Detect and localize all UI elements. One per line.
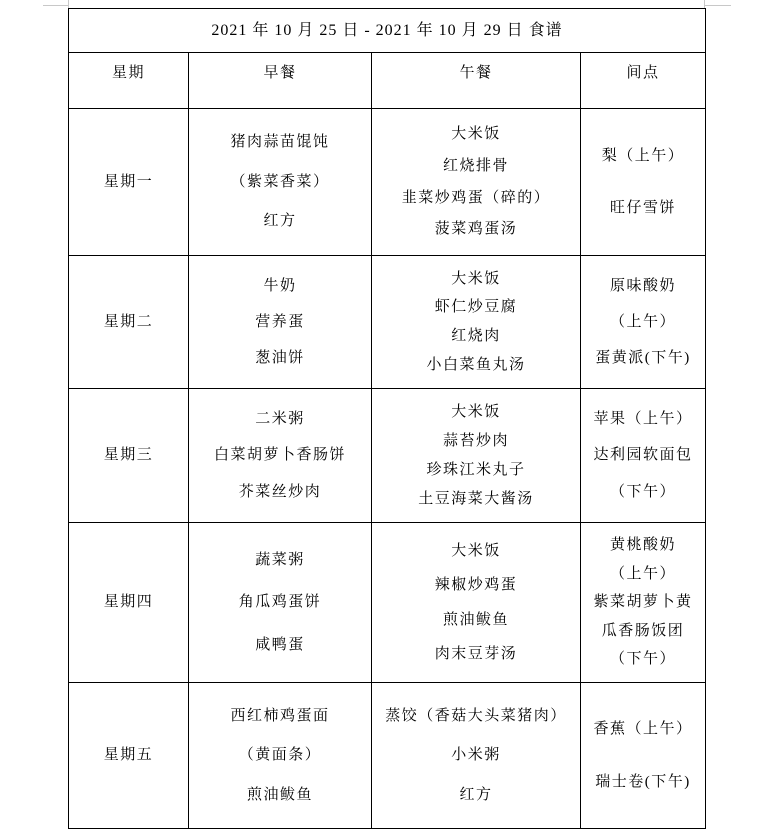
menu-line: 芥菜丝炒肉 <box>239 482 322 502</box>
menu-line: 红方 <box>263 211 296 231</box>
menu-line: 西红柿鸡蛋面 <box>230 706 329 726</box>
menu-line: （紫菜香菜） <box>230 172 329 192</box>
menu-line: 煎油鲅鱼 <box>443 610 509 630</box>
menu-line: 煎油鲅鱼 <box>247 785 313 805</box>
table-row-tuesday: 星期二 牛奶营养蛋葱油饼 大米饭虾仁炒豆腐红烧肉小白菜鱼丸汤 原味酸奶（上午）蛋… <box>69 256 705 389</box>
menu-line: 大米饭 <box>451 541 501 561</box>
meal-schedule-table: 2021 年 10 月 25 日 - 2021 年 10 月 29 日 食谱 星… <box>68 8 706 829</box>
menu-line: 黄桃酸奶 <box>610 535 676 555</box>
menu-line: 红烧肉 <box>451 326 501 346</box>
breakfast-cell: 蔬菜粥角瓜鸡蛋饼咸鸭蛋 <box>189 523 372 682</box>
menu-line: （下午） <box>610 482 676 502</box>
document-page: 2021 年 10 月 25 日 - 2021 年 10 月 29 日 食谱 星… <box>0 0 770 837</box>
menu-line: 蒜苔炒肉 <box>443 431 509 451</box>
menu-line: 蒸饺（香菇大头菜猪肉） <box>385 706 567 726</box>
menu-line: 牛奶 <box>263 276 296 296</box>
header-row: 星期 早餐 午餐 间点 <box>69 53 705 109</box>
column-header-snack: 间点 <box>581 53 705 108</box>
menu-line: （上午） <box>610 312 676 332</box>
day-cell: 星期二 <box>69 256 189 388</box>
menu-line: 苹果（上午） <box>593 409 692 429</box>
menu-line: 辣椒炒鸡蛋 <box>435 575 518 595</box>
menu-line: 二米粥 <box>255 409 305 429</box>
menu-line: 韭菜炒鸡蛋（碎的） <box>402 188 551 208</box>
menu-line: 土豆海菜大酱汤 <box>418 489 534 509</box>
menu-line: 葱油饼 <box>255 348 305 368</box>
snack-cell: 香蕉（上午）瑞士卷(下午) <box>581 683 705 828</box>
table-title: 2021 年 10 月 25 日 - 2021 年 10 月 29 日 食谱 <box>69 9 705 52</box>
menu-line: 大米饭 <box>451 269 501 289</box>
gridline-mark-top-right-horizontal <box>704 5 731 6</box>
menu-line: 咸鸭蛋 <box>255 635 305 655</box>
menu-line: 原味酸奶 <box>610 276 676 296</box>
menu-line: 猪肉蒜苗馄饨 <box>230 132 329 152</box>
column-header-day: 星期 <box>69 53 189 108</box>
lunch-cell: 大米饭红烧排骨韭菜炒鸡蛋（碎的）菠菜鸡蛋汤 <box>372 109 581 255</box>
table-row-monday: 星期一 猪肉蒜苗馄饨（紫菜香菜）红方 大米饭红烧排骨韭菜炒鸡蛋（碎的）菠菜鸡蛋汤… <box>69 109 705 256</box>
menu-line: （上午） <box>610 564 676 584</box>
lunch-cell: 大米饭辣椒炒鸡蛋煎油鲅鱼肉末豆芽汤 <box>372 523 581 682</box>
menu-line: 梨（上午） <box>602 146 685 166</box>
menu-line: 蛋黄派(下午) <box>595 348 691 368</box>
day-cell: 星期一 <box>69 109 189 255</box>
table-row-friday: 星期五 西红柿鸡蛋面（黄面条）煎油鲅鱼 蒸饺（香菇大头菜猪肉）小米粥红方 香蕉（… <box>69 683 705 828</box>
menu-line: 虾仁炒豆腐 <box>435 297 518 317</box>
menu-line: 小米粥 <box>451 745 501 765</box>
menu-line: 角瓜鸡蛋饼 <box>239 592 322 612</box>
menu-line: 白菜胡萝卜香肠饼 <box>214 445 346 465</box>
menu-line: 红方 <box>459 785 492 805</box>
lunch-cell: 大米饭虾仁炒豆腐红烧肉小白菜鱼丸汤 <box>372 256 581 388</box>
menu-line: 小白菜鱼丸汤 <box>426 355 525 375</box>
lunch-cell: 蒸饺（香菇大头菜猪肉）小米粥红方 <box>372 683 581 828</box>
column-header-breakfast: 早餐 <box>189 53 372 108</box>
menu-line: 肉末豆芽汤 <box>435 644 518 664</box>
breakfast-cell: 牛奶营养蛋葱油饼 <box>189 256 372 388</box>
snack-cell: 黄桃酸奶（上午）紫菜胡萝卜黄瓜香肠饭团（下午） <box>581 523 705 682</box>
snack-cell: 苹果（上午）达利园软面包（下午） <box>581 389 705 522</box>
menu-line: 蔬菜粥 <box>255 550 305 570</box>
day-cell: 星期三 <box>69 389 189 522</box>
menu-line: 营养蛋 <box>255 312 305 332</box>
menu-line: （下午） <box>610 649 676 669</box>
menu-line: 大米饭 <box>451 124 501 144</box>
menu-line: 瓜香肠饭团 <box>602 621 685 641</box>
breakfast-cell: 西红柿鸡蛋面（黄面条）煎油鲅鱼 <box>189 683 372 828</box>
menu-line: 大米饭 <box>451 402 501 422</box>
menu-line: 红烧排骨 <box>443 156 509 176</box>
table-row-thursday: 星期四 蔬菜粥角瓜鸡蛋饼咸鸭蛋 大米饭辣椒炒鸡蛋煎油鲅鱼肉末豆芽汤 黄桃酸奶（上… <box>69 523 705 683</box>
breakfast-cell: 猪肉蒜苗馄饨（紫菜香菜）红方 <box>189 109 372 255</box>
menu-line: 旺仔雪饼 <box>610 198 676 218</box>
menu-line: 菠菜鸡蛋汤 <box>435 219 518 239</box>
menu-line: 瑞士卷(下午) <box>595 772 691 792</box>
title-row: 2021 年 10 月 25 日 - 2021 年 10 月 29 日 食谱 <box>69 9 705 53</box>
snack-cell: 梨（上午）旺仔雪饼 <box>581 109 705 255</box>
gridline-mark-top-left-horizontal <box>43 5 69 6</box>
table-row-wednesday: 星期三 二米粥白菜胡萝卜香肠饼芥菜丝炒肉 大米饭蒜苔炒肉珍珠江米丸子土豆海菜大酱… <box>69 389 705 523</box>
day-cell: 星期五 <box>69 683 189 828</box>
menu-line: 紫菜胡萝卜黄 <box>593 592 692 612</box>
column-header-lunch: 午餐 <box>372 53 581 108</box>
menu-line: 香蕉（上午） <box>593 719 692 739</box>
day-cell: 星期四 <box>69 523 189 682</box>
breakfast-cell: 二米粥白菜胡萝卜香肠饼芥菜丝炒肉 <box>189 389 372 522</box>
menu-line: 珍珠江米丸子 <box>426 460 525 480</box>
menu-line: （黄面条） <box>239 745 322 765</box>
lunch-cell: 大米饭蒜苔炒肉珍珠江米丸子土豆海菜大酱汤 <box>372 389 581 522</box>
snack-cell: 原味酸奶（上午）蛋黄派(下午) <box>581 256 705 388</box>
menu-line: 达利园软面包 <box>593 445 692 465</box>
